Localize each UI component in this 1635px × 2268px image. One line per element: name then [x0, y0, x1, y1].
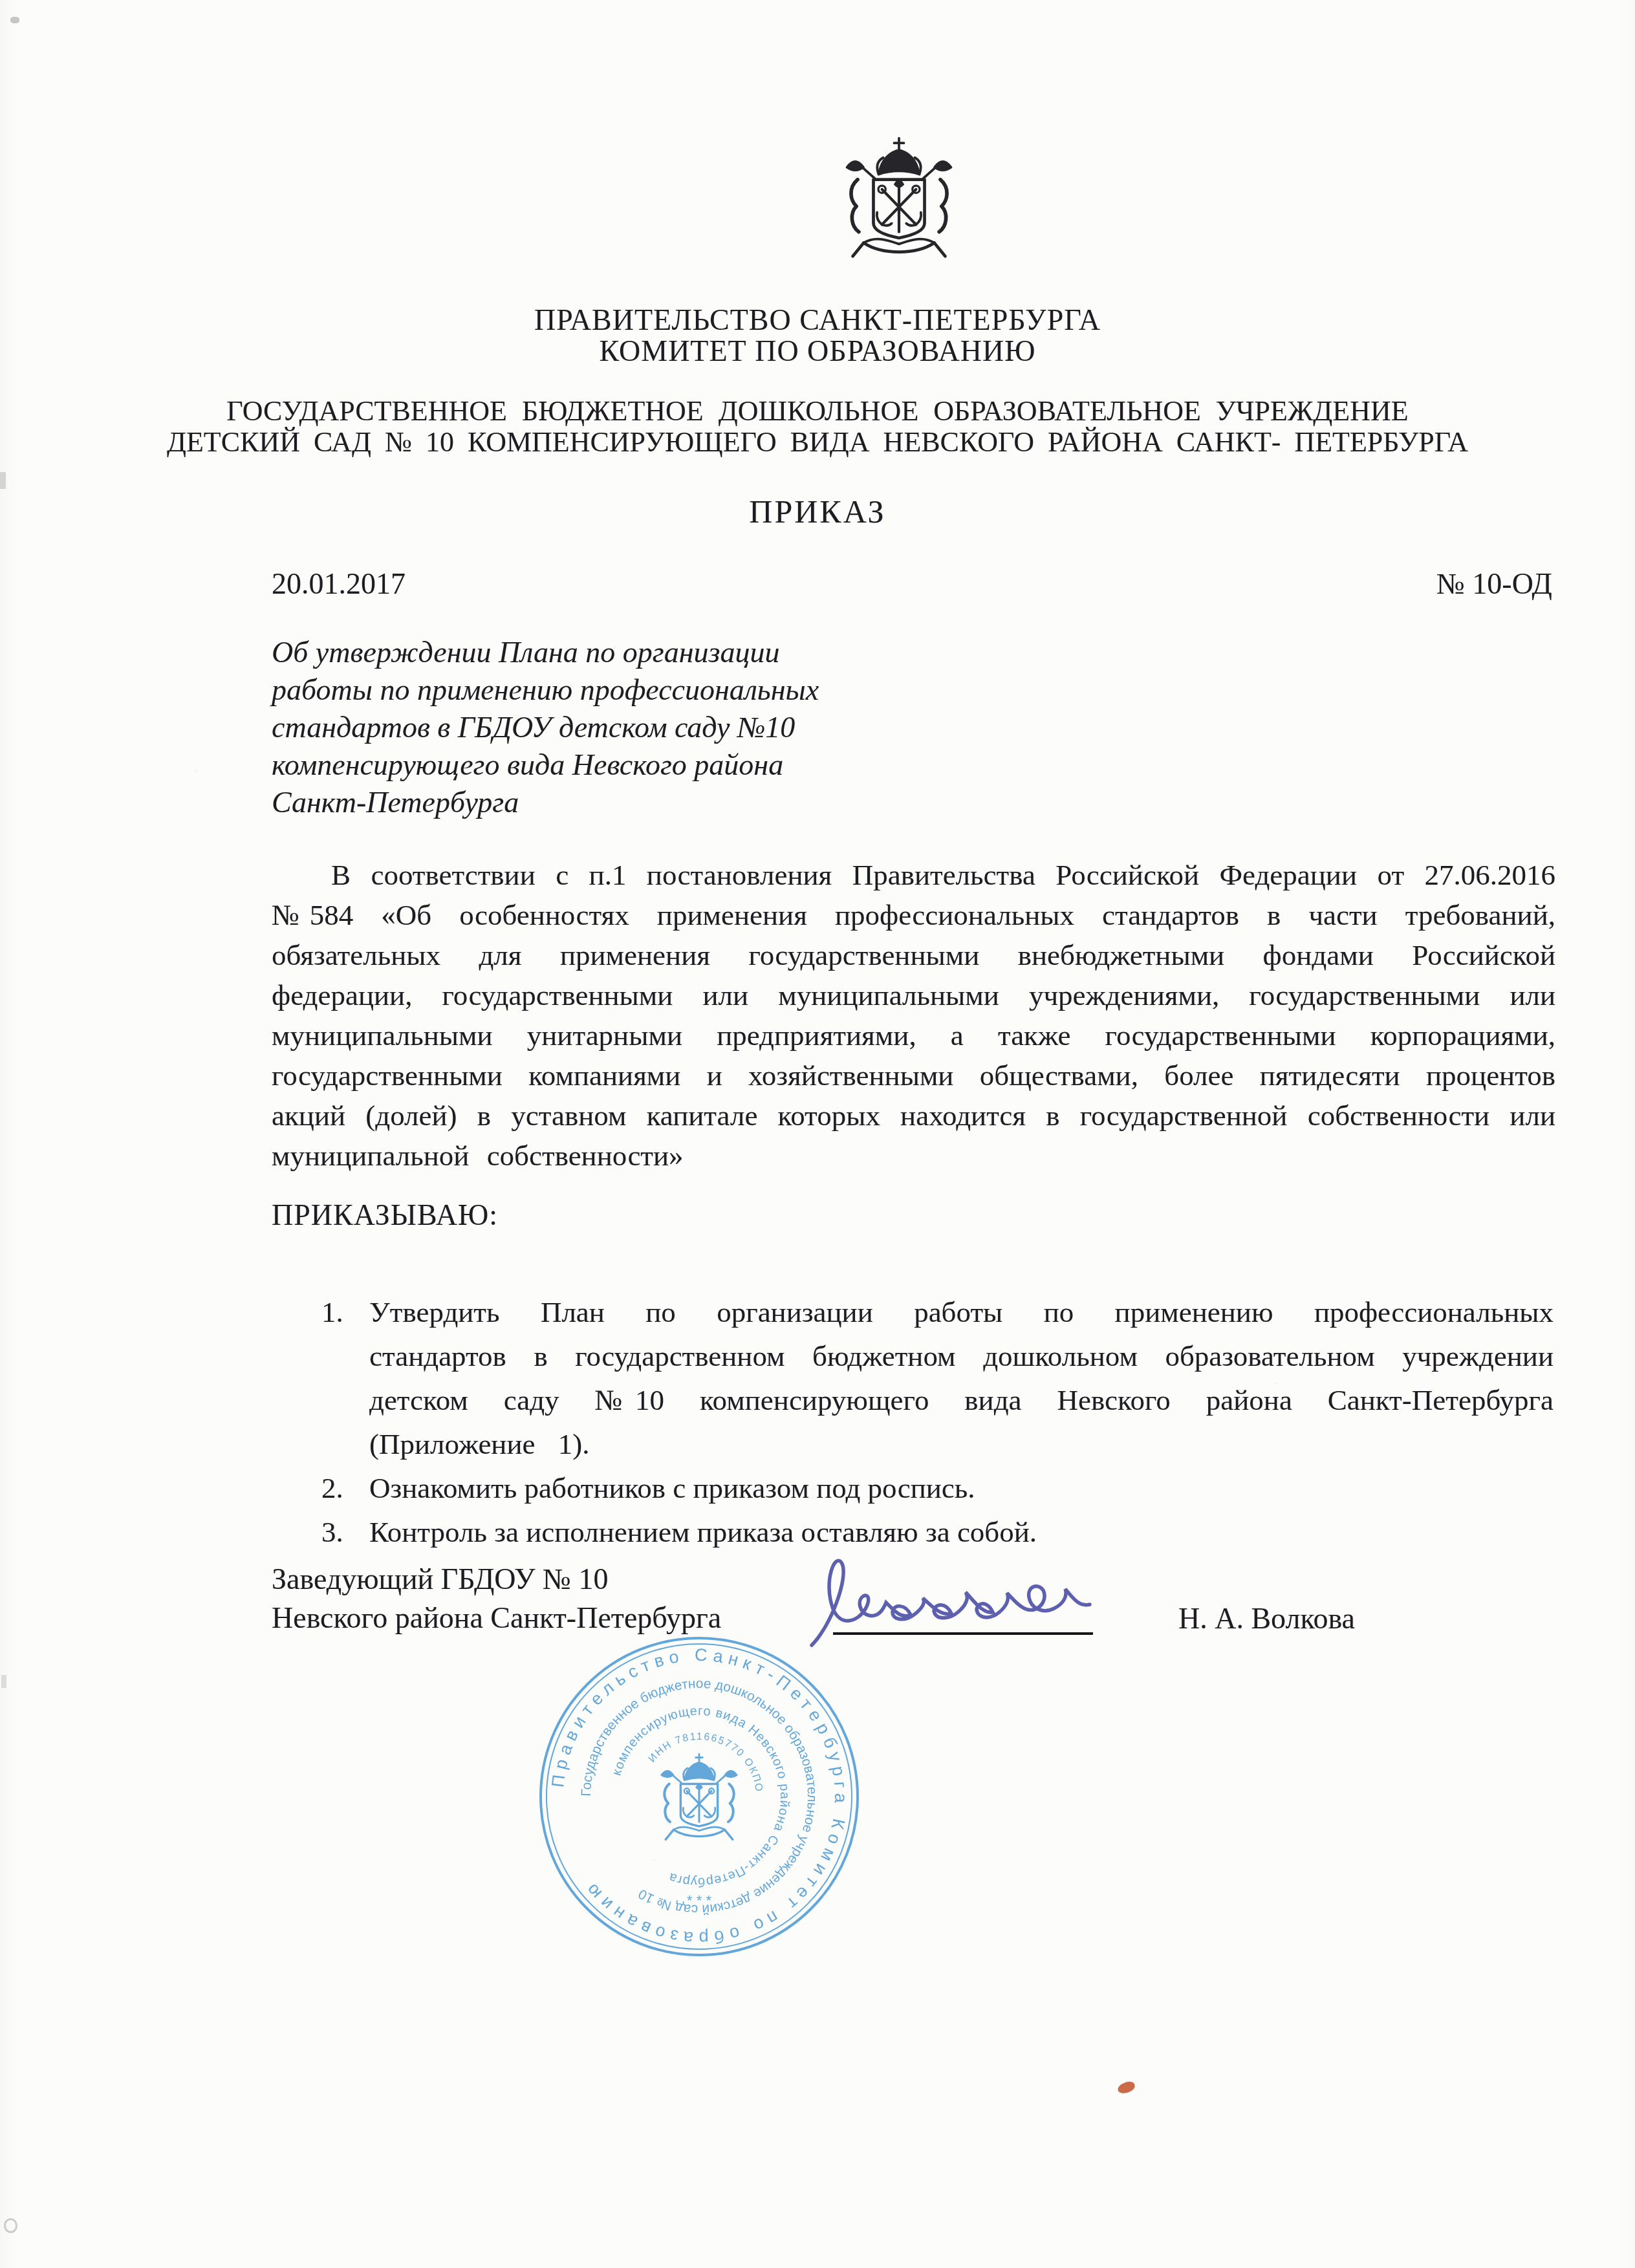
order-heading: ПРИКАЗЫВАЮ:	[272, 1198, 498, 1232]
order-number: № 10-ОД	[1436, 567, 1552, 601]
official-round-stamp: Правительство Санкт-Петербурга Комитет п…	[537, 1635, 861, 1958]
organization-name-line2: ДЕТСКИЙ САД № 10 КОМПЕНСИРУЮЩЕГО ВИДА НЕ…	[0, 426, 1635, 459]
scan-speck	[1, 1675, 6, 1688]
order-subject: Об утверждении Плана по организации рабо…	[272, 634, 1080, 821]
organization-name-line1: ГОСУДАРСТВЕННОЕ БЮДЖЕТНОЕ ДОШКОЛЬНОЕ ОБР…	[0, 394, 1635, 427]
order-item-1-text: Утвердить План по организации работы по …	[369, 1296, 1554, 1460]
stamp-center-coat-of-arms	[661, 1754, 737, 1839]
spb-coat-of-arms-icon	[826, 135, 972, 268]
signoff-position-line2: Невского района Санкт-Петербурга	[272, 1599, 721, 1637]
order-item-2-number: 2.	[321, 1466, 343, 1510]
committee-title: КОМИТЕТ ПО ОБРАЗОВАНИЮ	[0, 334, 1635, 368]
order-item-1: 1. Утвердить План по организации работы …	[321, 1290, 1554, 1466]
signoff-position: Заведующий ГБДОУ № 10 Невского района Са…	[272, 1560, 721, 1637]
scan-speck	[10, 17, 19, 23]
order-body-paragraph: В соответствии с п.1 постановления Прави…	[272, 855, 1555, 1176]
scan-speck	[4, 2218, 17, 2233]
signoff-position-line1: Заведующий ГБДОУ № 10	[272, 1560, 721, 1599]
order-item-2: 2. Ознакомить работников с приказом под …	[321, 1466, 1554, 1510]
scan-speck	[0, 472, 6, 489]
signer-name: Н. А. Волкова	[1178, 1601, 1355, 1636]
red-ink-mark	[1116, 2080, 1136, 2095]
scanned-order-document: ПРАВИТЕЛЬСТВО САНКТ-ПЕТЕРБУРГА КОМИТЕТ П…	[0, 0, 1635, 2268]
document-title: ПРИКАЗ	[0, 493, 1635, 530]
order-date: 20.01.2017	[272, 567, 406, 601]
order-item-2-text: Ознакомить работников с приказом под рос…	[369, 1472, 975, 1504]
stamp-separator-stars: * * *	[687, 1892, 711, 1908]
meta-row: 20.01.2017 № 10-ОД	[272, 567, 1552, 601]
government-title: ПРАВИТЕЛЬСТВО САНКТ-ПЕТЕРБУРГА	[0, 303, 1635, 337]
order-items-list: 1. Утвердить План по организации работы …	[321, 1290, 1554, 1554]
order-item-1-number: 1.	[321, 1290, 343, 1334]
order-item-3-text: Контроль за исполнением приказа оставляю…	[369, 1516, 1037, 1548]
order-item-3-number: 3.	[321, 1510, 343, 1554]
